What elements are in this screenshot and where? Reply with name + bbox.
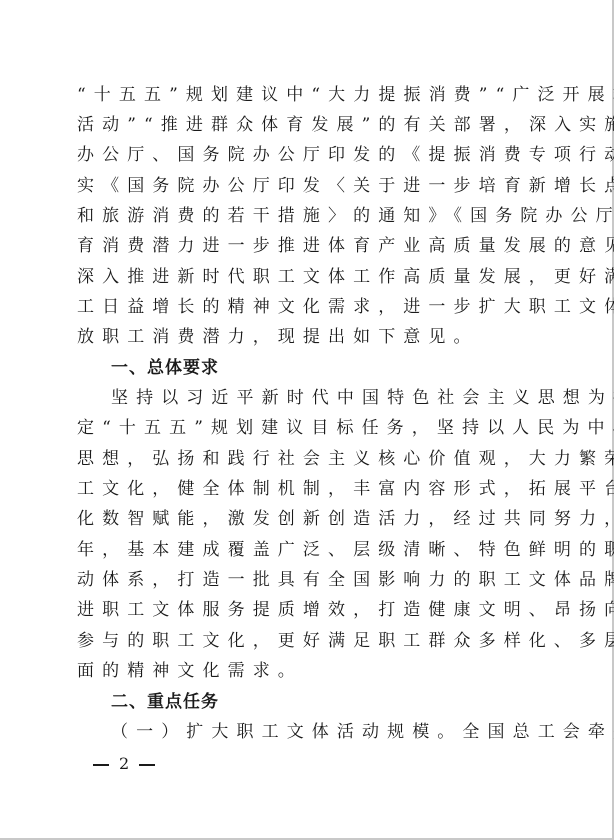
paragraph-line: 参与的职工文化，更好满足职工群众多样化、多层次、多方 [77,626,547,656]
page-number-dash-right [139,764,155,766]
section-heading-key-tasks: 二、重点任务 [111,687,581,717]
page-number-value: 2 [119,750,129,778]
page-number-dash-left [93,764,109,766]
paragraph-line: 面的精神文化需求。 [77,656,547,686]
paragraph-line: 实《国务院办公厅印发〈关于进一步培育新增长点繁荣文化 [77,171,547,201]
section-heading-overall-requirements: 一、总体要求 [111,353,581,383]
document-page: “十五五”规划建议中“大力提振消费”“广泛开展群众文化 活动”“推进群众体育发展… [0,0,614,840]
paragraph-line: 育消费潜力进一步推进体育产业高质量发展的意见》精神， [77,231,547,261]
paragraph-line: 和旅游消费的若干措施〉的通知》《国务院办公厅关于释放体 [77,201,547,231]
paragraph-line: 动体系，打造一批具有全国影响力的职工文体品牌项目，推 [77,565,547,595]
paragraph-line: 思想，弘扬和践行社会主义核心价值观，大力繁荣和发展职 [77,444,547,474]
paragraph-line: 化数智赋能，激发创新创造活力，经过共同努力，到 2030 [77,504,547,534]
paragraph-line: 进职工文体服务提质增效，打造健康文明、昂扬向上、全员 [77,595,547,625]
paragraph-line: 活动”“推进群众体育发展”的有关部署，深入实施中共中央 [77,110,547,140]
paragraph-line: 工日益增长的精神文化需求，进一步扩大职工文体消费，释 [77,292,547,322]
paragraph-line: 坚持以习近平新时代中国特色社会主义思想为指导，锚 [111,383,581,413]
page-number: 2 [93,750,155,778]
paragraph-line: 深入推进新时代职工文体工作高质量发展，更好满足广大职 [77,262,547,292]
paragraph-line: （一）扩大职工文体活动规模。全国总工会牵头，与文 [111,717,581,747]
paragraph-line: 放职工消费潜力，现提出如下意见。 [77,322,547,352]
paragraph-line: 年，基本建成覆盖广泛、层级清晰、特色鲜明的职工文体活 [77,535,547,565]
paragraph-line: 工文化，健全体制机制，丰富内容形式，拓展平台资源，强 [77,474,547,504]
paragraph-line: 办公厅、国务院办公厅印发的《提振消费专项行动方案》，落 [77,140,547,170]
paragraph-line: 定“十五五”规划建议目标任务，坚持以人民为中心的发展 [77,413,547,443]
paragraph-line: “十五五”规划建议中“大力提振消费”“广泛开展群众文化 [77,80,547,110]
